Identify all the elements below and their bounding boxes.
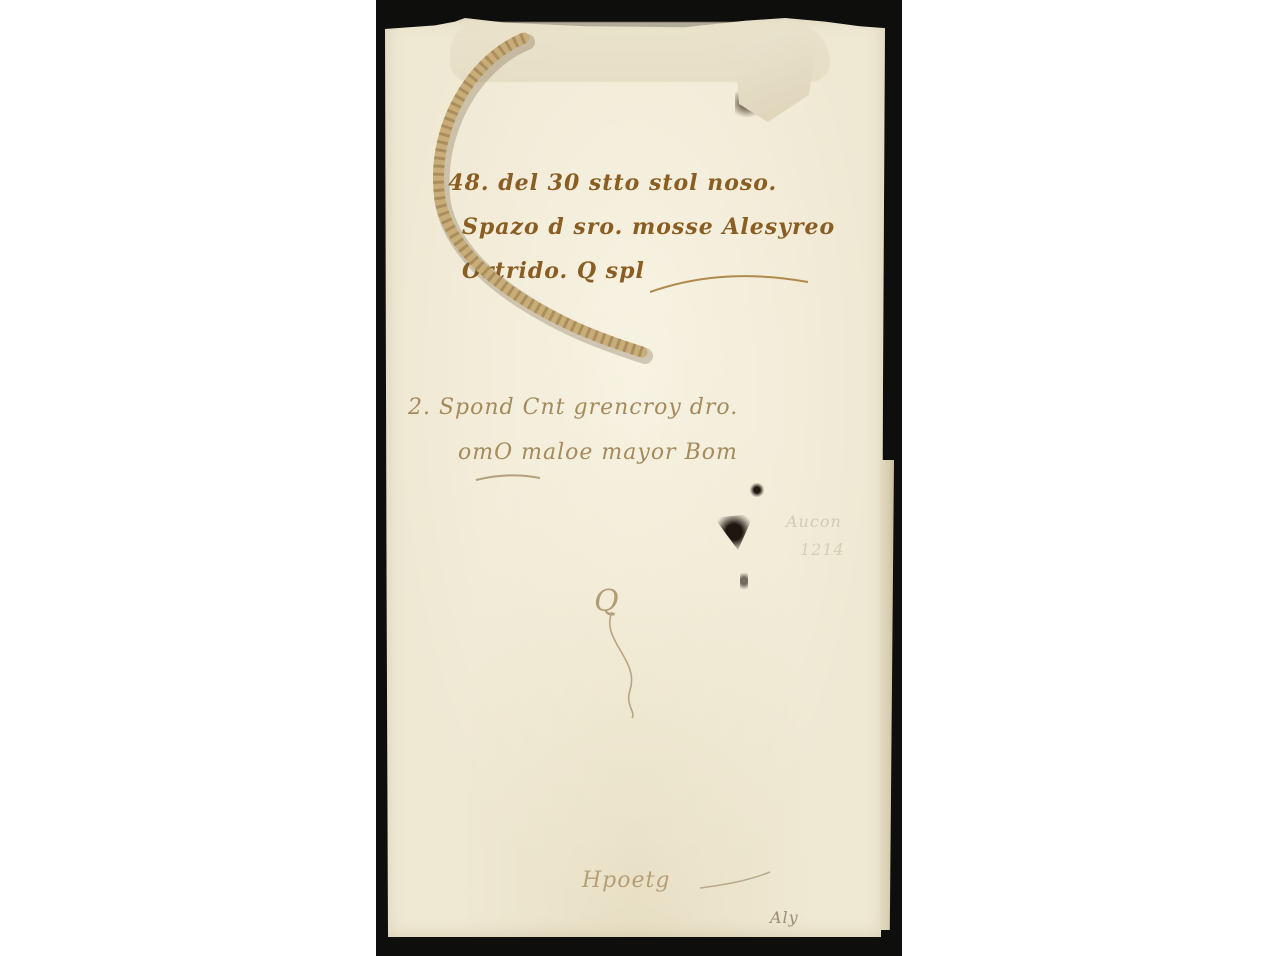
- photo-stage: 148. del 30 stto stol noso. Spazo d sro.…: [0, 0, 1276, 956]
- address-line-1: 148. del 30 stto stol noso.: [432, 170, 777, 196]
- bottom-right-mark: Aly: [770, 908, 799, 927]
- faint-mark-1: Aucon: [786, 512, 842, 531]
- flourish-mark: Q: [594, 584, 620, 619]
- ink-blot-small: [750, 483, 764, 497]
- address-line-3: Ortrido. Q spl: [462, 258, 645, 284]
- ink-speck: [740, 570, 748, 592]
- address-line-2: Spazo d sro. mosse Alesyreo: [462, 214, 835, 240]
- bottom-note: Hpoetg: [582, 868, 670, 893]
- note-line-2: omO maloe mayor Bom: [458, 440, 738, 465]
- letter-paper: [385, 18, 885, 937]
- note-line-1: 2. Spond Cnt grencroy dro.: [408, 395, 738, 420]
- faint-mark-2: 1214: [800, 540, 845, 559]
